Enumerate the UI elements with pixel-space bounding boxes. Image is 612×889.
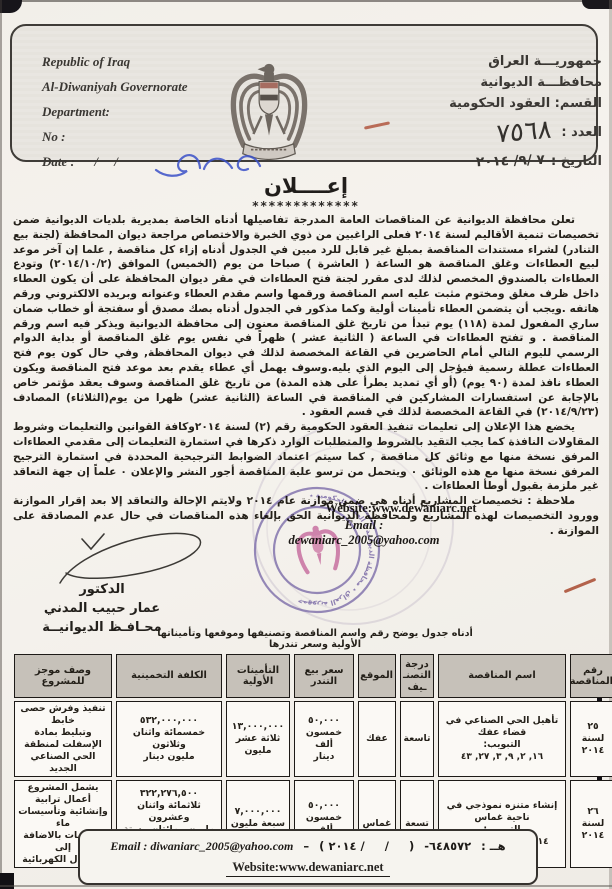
- scan-corner-top-left: [0, 0, 22, 13]
- footer-website: Website:www.dewaniarc.net: [226, 860, 389, 877]
- footer-separator: –: [303, 839, 309, 853]
- cell-tender-number: ٢٦ لسنة ٢٠١٤: [570, 780, 612, 868]
- cell-tender-number: ٢٥ لسنة ٢٠١٤: [570, 701, 612, 777]
- cell-classification: تاسعة: [400, 701, 434, 777]
- number-label: العدد :: [561, 125, 602, 140]
- scan-corner-top-right: [582, 0, 612, 9]
- cell-location: عفك: [358, 701, 396, 777]
- cell-tender-name: تأهيل الحي الصناعي في قضاء عفك التبويب: …: [438, 701, 566, 777]
- cell-description: تنفيذ وفرش حصى خابط وتبليط بمادة الإسفلت…: [14, 701, 112, 777]
- cell-tender-price: ٥٠,٠٠٠ خمسون ألف دينار: [294, 701, 354, 777]
- handwritten-document-number: ٧٥٦٨: [495, 114, 551, 149]
- cell-estimated-cost: ٥٣٢,٠٠٠,٠٠٠ خمسمائة واثنان وثلاثون مليون…: [116, 701, 222, 777]
- scan-edge-left: [0, 0, 2, 889]
- header-tender-name: اسم المناقصة: [438, 654, 566, 698]
- body-paragraph-1: تعلن محافظة الديوانية عن المناقصات العام…: [13, 213, 599, 420]
- header-location: الموقع: [358, 654, 396, 698]
- stamp-eagle-icon: [296, 523, 341, 573]
- table-header-row: ت رقم المناقصة اسم المناقصة درجة التصنـ …: [14, 654, 612, 698]
- footer-email: Email : diwaniarc_2005@yahoo.com: [110, 839, 293, 854]
- signer-title: الدكتور: [22, 580, 182, 599]
- footer-date-blank: ( ٢٠١٤ / / ): [319, 839, 414, 853]
- scanned-tender-announcement: Republic of Iraq Al-Diwaniyah Governorat…: [0, 0, 612, 889]
- table-caption: أدناه جدول يوضح رقم واسم المناقصة وتصنيف…: [150, 628, 480, 650]
- letterhead: Republic of Iraq Al-Diwaniyah Governorat…: [10, 24, 598, 162]
- footer-website-line: Website:www.dewaniarc.net: [80, 856, 536, 877]
- stamp-rim-text: جمهورية العراق ٭ محافظة الديوانية ٭ العق…: [281, 484, 383, 612]
- letterhead-country-en: Republic of Iraq: [42, 54, 188, 70]
- header-classification: درجة التصنـ ـيف: [400, 654, 434, 698]
- date-label: التاريخ :: [551, 154, 602, 169]
- document-date-row: التاريخ : ٧ /٩/ ٢٠١٤: [404, 153, 602, 169]
- title-underline-stars: *************: [0, 199, 612, 213]
- footer-contact-line: هــ : -٦٤٨٥٧٢ ( ٢٠١٤ / / ) – Email : diw…: [80, 839, 536, 854]
- scan-edge-top: [0, 0, 612, 2]
- scan-edge-bottom: [0, 885, 612, 887]
- header-initial-insurance: التأمينات الأولية: [226, 654, 290, 698]
- cell-initial-insurance: ١٣,٠٠٠,٠٠٠ ثلاثة عشر مليون: [226, 701, 290, 777]
- letterhead-department-en: Department:: [42, 104, 188, 120]
- signer-name: عمار حبيب المدني: [22, 599, 182, 618]
- table-row: ١ ٢٥ لسنة ٢٠١٤ تأهيل الحي الصناعي في قضا…: [14, 701, 612, 777]
- announcement-title: إعــــلان: [0, 174, 612, 198]
- footer-contact-box: هــ : -٦٤٨٥٧٢ ( ٢٠١٤ / / ) – Email : diw…: [78, 829, 538, 885]
- red-pen-mark: [564, 578, 597, 594]
- footer-phone-label: هــ :: [481, 839, 505, 853]
- letterhead-governorate-ar: محافظـــة الديوانية: [404, 75, 602, 90]
- document-number-row: العدد : ٧٥٦٨: [404, 117, 602, 147]
- header-tender-number: رقم المناقصة: [570, 654, 612, 698]
- tender-name-text: تأهيل الحي الصناعي في قضاء عفك التبويب:: [446, 715, 558, 750]
- header-tender-price: سعر بيع التندر: [294, 654, 354, 698]
- letterhead-arabic: جمهوريـــة العراق محافظـــة الديوانية ال…: [400, 54, 602, 169]
- footer-phone-value: -٦٤٨٥٧٢: [424, 839, 471, 853]
- handwritten-document-date: ٧ /٩/ ٢٠١٤: [476, 152, 545, 170]
- tender-tabweeb: ١٦, ٢, ٩, ٣, ٢٧, ٤٣: [441, 751, 563, 763]
- svg-text:جمهورية العراق ٭ محافظة الديوا: جمهورية العراق ٭ محافظة الديوانية ٭ العق…: [281, 484, 383, 612]
- letterhead-governorate-en: Al-Diwaniyah Governorate: [42, 79, 188, 95]
- letterhead-no-en: No :: [42, 129, 188, 145]
- letterhead-section-ar: القسم: العقود الحكومية: [404, 96, 602, 111]
- header-estimated-cost: الكلفة التخمينية: [116, 654, 222, 698]
- header-description: وصف موجز للمشروع: [14, 654, 112, 698]
- letterhead-country-ar: جمهوريـــة العراق: [404, 54, 602, 69]
